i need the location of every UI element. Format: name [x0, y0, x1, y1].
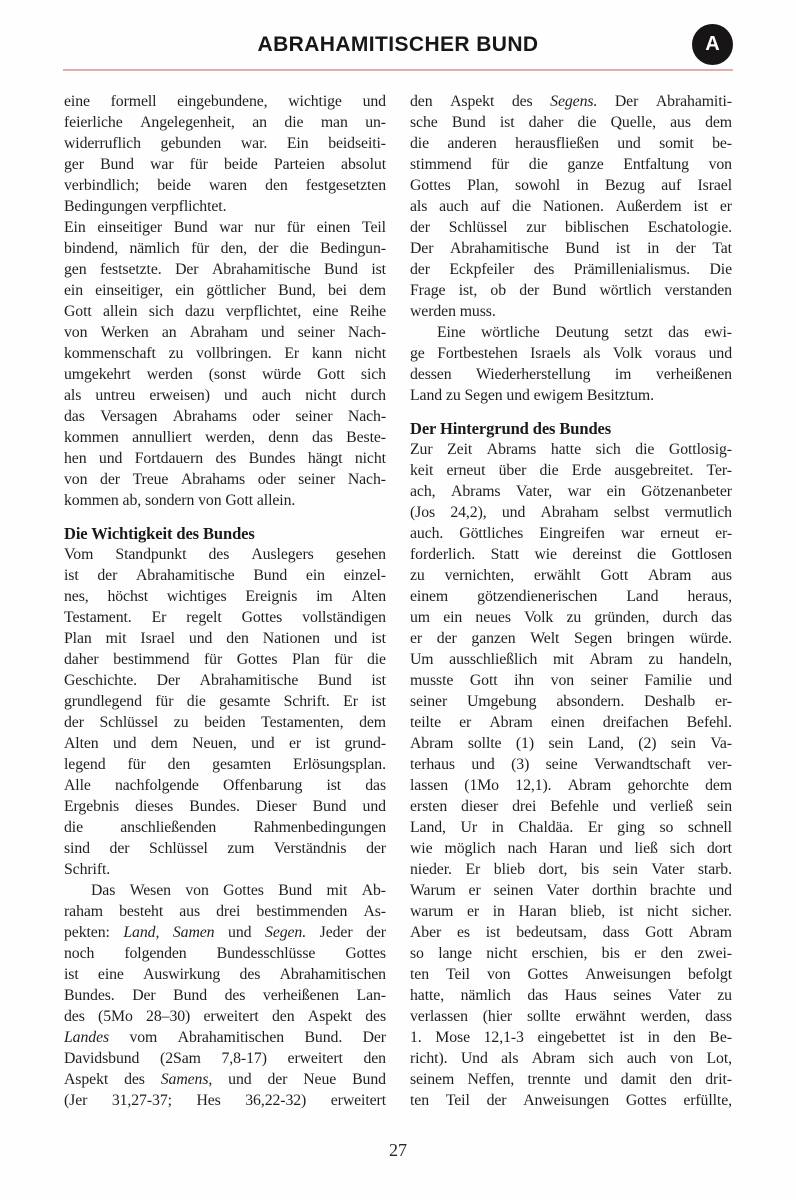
page-title: ABRAHAMITISCHER BUND [0, 33, 796, 57]
text-line: kommen ab, sondern von Gott allein. [64, 490, 386, 511]
text-line: verlassen(hiersollteerwähntwerden,dass [410, 1006, 732, 1027]
text-line: VomStandpunktdesAuslegersgesehen [64, 544, 386, 565]
text-line: kommenannulliertwerden,denndasBeste- [64, 427, 386, 448]
text-line: Testament.ErregeltGottesvollständigen [64, 607, 386, 628]
text-line: EineinseitigerBundwarnurfüreinenTeil [64, 217, 386, 238]
text-line: Land,UrinChaldäa.Ergingsoschnell [410, 817, 732, 838]
text-line: dessenWiederherstellungimverheißenen [410, 364, 732, 385]
column-left: eineformelleingebundene,wichtigeundfeier… [64, 91, 386, 1111]
text-line: daherbestimmendfürGottesPlanfürdie [64, 649, 386, 670]
page-number: 27 [0, 1140, 796, 1161]
text-line: widerruflichgebundenwar.Einbeidseiti- [64, 133, 386, 154]
text-line: AspektdesSamens,undderNeueBund [64, 1069, 386, 1090]
paragraph: ZurZeitAbramshattesichdieGottlosig-keite… [410, 439, 732, 1111]
text-line: nieder.Erbliebdort,bisseinVaterstarb. [410, 859, 732, 880]
text-line: Davidsbund(2Sam7,8-17)erweitertden [64, 1048, 386, 1069]
text-line: bindend,nämlichfürden,derdieBedingun- [64, 238, 386, 259]
text-line: hatte,nämlichdasHausseinesVaterzu [410, 985, 732, 1006]
section-heading: Die Wichtigkeit des Bundes [64, 523, 386, 544]
text-line: erstendieserdreiBefehleundverließsein [410, 796, 732, 817]
text-line: AltenunddemNeuen,underistgrund- [64, 733, 386, 754]
text-line: (Jer31,27-37;Hes36,22-32)erweitert [64, 1090, 386, 1111]
paragraph: EineinseitigerBundwarnurfüreinenTeilbind… [64, 217, 386, 511]
text-line: EinewörtlicheDeutungsetztdasewi- [410, 322, 732, 343]
text-line: dieanderenherausfließenundsomitbe- [410, 133, 732, 154]
paragraph: VomStandpunktdesAuslegersgesehenistderAb… [64, 544, 386, 880]
text-line: nochfolgendenBundesschlüsseGottes [64, 943, 386, 964]
paragraph: DasWesenvonGottesBundmitAb-rahambestehta… [64, 880, 386, 1111]
text-line: terhausund(3)seineVerwandtschaftver- [410, 754, 732, 775]
text-line: WarumerseinenVaterdorthinbrachteund [410, 880, 732, 901]
text-line: erderganzenWeltSegenbringenwürde. [410, 628, 732, 649]
column-right: denAspektdesSegens.DerAbrahamiti-scheBun… [410, 91, 732, 1111]
text-columns: eineformelleingebundene,wichtigeundfeier… [64, 91, 732, 1111]
text-line: vonWerkenanAbrahamundseinerNach- [64, 322, 386, 343]
text-line: umgekehrtwerden(sonstwürdeGottsich [64, 364, 386, 385]
text-line: derSchlüsselzurbiblischenEschatologie. [410, 217, 732, 238]
badge-letter: A [705, 33, 719, 56]
text-line: mussteGottihnvonseinerFamilieund [410, 670, 732, 691]
text-line: PlanmitIsraelunddenNationenundist [64, 628, 386, 649]
text-line: gerBundwarfürbeideParteienabsolut [64, 154, 386, 175]
text-line: GottesPlan,sowohlinBezugaufIsrael [410, 175, 732, 196]
text-line: verbindlich;beidewarendenfestgesetzten [64, 175, 386, 196]
text-line: LandesvomAbrahamitischenBund.Der [64, 1027, 386, 1048]
letter-index-badge: A [692, 24, 733, 65]
text-line: einemgötzendienerischenLandheraus, [410, 586, 732, 607]
text-line: genfestsetzte.DerAbrahamitischeBundist [64, 259, 386, 280]
text-line: derEckpfeilerdesPrämillenialismus.Die [410, 259, 732, 280]
text-line: keiterneutüberdieErdeausgebreitet.Ter- [410, 460, 732, 481]
text-line: Aberesistbedeutsam,dassGottAbram [410, 922, 732, 943]
text-line: DerAbrahamitischeBundistinderTat [410, 238, 732, 259]
text-line: nes,höchstwichtigesEreignisimAlten [64, 586, 386, 607]
text-line: isteineAuswirkungdesAbrahamitischen [64, 964, 386, 985]
paragraph: denAspektdesSegens.DerAbrahamiti-scheBun… [410, 91, 732, 322]
text-line: seinemNeffen,trennteunddamitdendrit- [410, 1069, 732, 1090]
text-line: scheBundistdaherdieQuelle,ausdem [410, 112, 732, 133]
text-line: wiemöglichnachHaranundließsichdort [410, 838, 732, 859]
text-line: legendfürdengesamtenErlösungsplan. [64, 754, 386, 775]
text-line: zuvernichten,erwähltGottAbramaus [410, 565, 732, 586]
text-line: seinerUmgebungabsondern.Deshalber- [410, 691, 732, 712]
text-line: warumerinHaranblieb,istnichtsicher. [410, 901, 732, 922]
text-line: Bundes.DerBunddesverheißenenLan- [64, 985, 386, 1006]
text-line: Land zu Segen und ewigem Besitztum. [410, 385, 732, 406]
text-line: derSchlüsselzubeidenTestamenten,dem [64, 712, 386, 733]
text-line: Bedingungen verpflichtet. [64, 196, 386, 217]
text-line: pekten:Land,SamenundSegen.Jederder [64, 922, 386, 943]
header-rule [63, 69, 733, 71]
text-line: forderlich.StattwiedereinstdieGottlosen [410, 544, 732, 565]
text-line: 1.Mose12,1-3eingebettetistindenBe- [410, 1027, 732, 1048]
book-page: ABRAHAMITISCHER BUND A eineformelleingeb… [0, 0, 796, 1200]
text-line: tenTeilvonGottesAnweisungenbefolgt [410, 964, 732, 985]
text-line: werden muss. [410, 301, 732, 322]
text-line: ErgebnisdiesesBundes.DieserBundund [64, 796, 386, 817]
text-line: grundlegendfürdiegesamteSchrift.Erist [64, 691, 386, 712]
text-line: alsuntreuerweisen)undauchnichtdurch [64, 385, 386, 406]
text-line: Schrift. [64, 859, 386, 880]
text-line: geFortbestehenIsraelsalsVolkvorausund [410, 343, 732, 364]
text-line: rahambestehtausdreibestimmendenAs- [64, 901, 386, 922]
text-line: (Jos24,2),undAbrahamselbstvermutlich [410, 502, 732, 523]
text-line: teilteerAbrameinendreifachenBefehl. [410, 712, 732, 733]
text-line: Abramsollte(1)seinLand,(2)seinVa- [410, 733, 732, 754]
text-line: stimmendfürdieganzeEntfaltungvon [410, 154, 732, 175]
text-line: eineinseitiger,eingöttlicherBund,beidem [64, 280, 386, 301]
text-line: alsauchaufdieNationen.Außerdemister [410, 196, 732, 217]
text-line: Geschichte.DerAbrahamitischeBundist [64, 670, 386, 691]
text-line: auch.GöttlichesEingreifenwarerneuter- [410, 523, 732, 544]
text-line: istderAbrahamitischeBundeineinzel- [64, 565, 386, 586]
text-line: umeinneuesVolkzugründen,durchdas [410, 607, 732, 628]
text-line: denAspektdesSegens.DerAbrahamiti- [410, 91, 732, 112]
text-line: vonderTreueAbrahamsoderseinerNach- [64, 469, 386, 490]
text-line: solangenichterschien,biserdenzwei- [410, 943, 732, 964]
text-line: DasWesenvonGottesBundmitAb- [64, 880, 386, 901]
paragraph: EinewörtlicheDeutungsetztdasewi-geFortbe… [410, 322, 732, 406]
text-line: sindderSchlüsselzumVerständnisder [64, 838, 386, 859]
text-line: ZurZeitAbramshattesichdieGottlosig- [410, 439, 732, 460]
text-line: Gottalleinsichdazuverpflichtet,eineReihe [64, 301, 386, 322]
text-line: eineformelleingebundene,wichtigeund [64, 91, 386, 112]
text-line: richt).UndalsAbramsichauchvonLot, [410, 1048, 732, 1069]
section-heading: Der Hintergrund des Bundes [410, 418, 732, 439]
text-line: tenTeilderAnweisungenGotteserfüllte, [410, 1090, 732, 1111]
text-line: dieanschließendenRahmenbedingungen [64, 817, 386, 838]
text-line: UmausschließlichmitAbramzuhandeln, [410, 649, 732, 670]
text-line: henundFortdauerndesBundeshängtnicht [64, 448, 386, 469]
text-line: des(5Mo28–30)erweitertdenAspektdes [64, 1006, 386, 1027]
paragraph: eineformelleingebundene,wichtigeundfeier… [64, 91, 386, 217]
text-line: kommenschaftzuvollbringen.Erkannnicht [64, 343, 386, 364]
text-line: Frageist,obderBundwörtlichverstanden [410, 280, 732, 301]
text-line: feierlicheAngelegenheit,andiemanun- [64, 112, 386, 133]
text-line: AllenachfolgendeOffenbarungistdas [64, 775, 386, 796]
text-line: dasVersagenAbrahamsoderseinerNach- [64, 406, 386, 427]
text-line: ach,AbramsVater,wareinGötzenanbeter [410, 481, 732, 502]
text-line: lassen(1Mo12,1).Abramgehorchtedem [410, 775, 732, 796]
